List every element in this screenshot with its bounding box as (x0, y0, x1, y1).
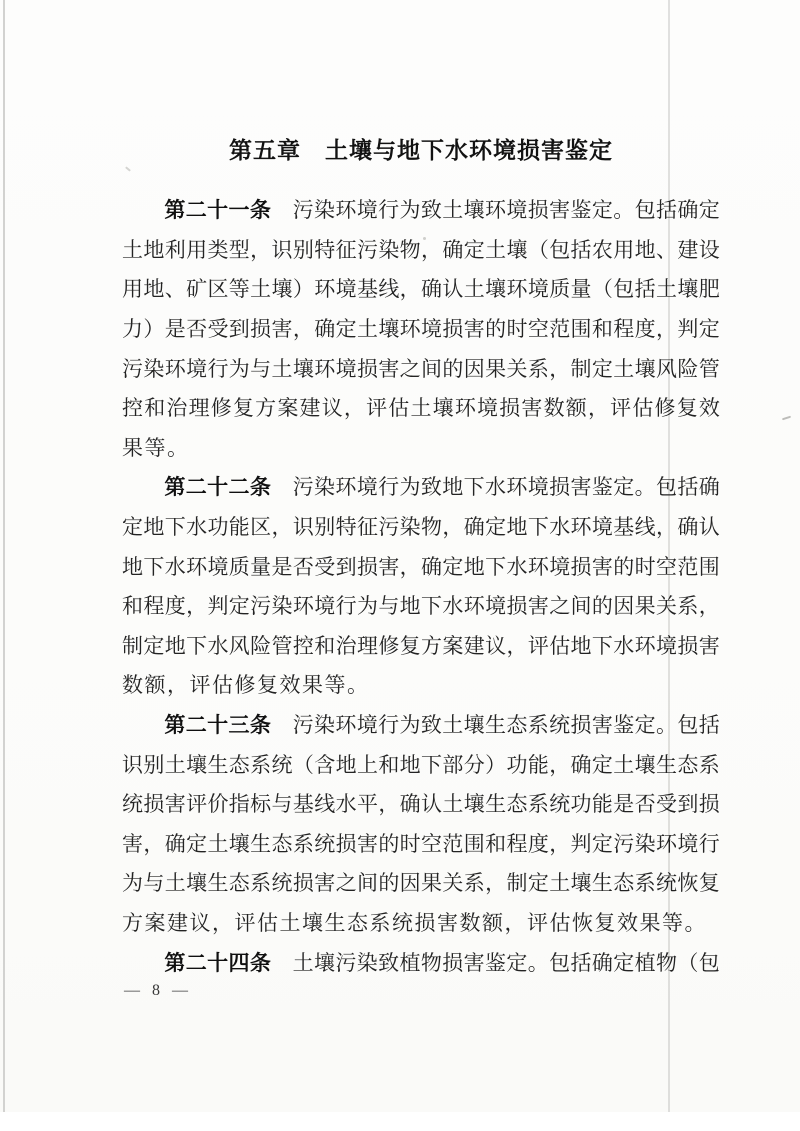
body-char: 水 (336, 794, 357, 815)
body-char: 时 (400, 834, 421, 855)
body-char: 下 (528, 517, 549, 538)
body-char: 恢 (677, 873, 698, 894)
body-char: 损 (571, 557, 592, 578)
body-char: 上 (357, 755, 378, 776)
body-char: 环 (293, 596, 314, 617)
body-char: 因 (464, 359, 485, 380)
body-char: 线 (635, 517, 656, 538)
body-char: 和 (485, 834, 506, 855)
body-char: 污 (335, 953, 356, 974)
body-char: 土 (485, 240, 506, 261)
body-char: 下 (464, 477, 485, 498)
body-char: 确 (699, 477, 720, 498)
body-char: 认 (442, 279, 463, 300)
body-char: 判 (207, 596, 228, 617)
body-char: 环 (571, 517, 592, 538)
body-char: 区 (250, 517, 271, 538)
body-char: 程 (506, 834, 527, 855)
article-number-char: 三 (229, 715, 250, 736)
body-char: 水 (165, 557, 186, 578)
body-char: 括 (656, 200, 677, 221)
body-char: 水 (506, 557, 527, 578)
body-char: ， (656, 517, 677, 538)
body-char: 害 (521, 398, 542, 419)
body-char: 风 (229, 636, 250, 657)
body-char: 是 (613, 794, 634, 815)
body-char: 确 (165, 834, 186, 855)
body-char: 和 (314, 636, 335, 657)
body-char: 染 (272, 596, 293, 617)
body-char: 境 (528, 279, 549, 300)
body-char: 生 (207, 755, 228, 776)
body-char: 环 (165, 359, 186, 380)
body-char: 定 (613, 953, 634, 974)
body-char: 判 (571, 834, 592, 855)
body-char: 。 (656, 715, 677, 736)
body-char: 包 (677, 715, 698, 736)
body-char: 境 (421, 319, 442, 340)
body-char: 污 (378, 517, 399, 538)
article-number-char: 二 (186, 715, 207, 736)
body-char: 境 (677, 834, 698, 855)
body-char: 境 (336, 279, 357, 300)
body-char: 的 (378, 873, 399, 894)
body-char: 壤 (485, 279, 506, 300)
body-char: 态 (677, 755, 698, 776)
body-char: 确 (571, 755, 592, 776)
body-char: 土 (165, 755, 186, 776)
document-page: 第五章 土壤与地下水环境损害鉴定 第二十一条 污染环境行为致土壤环境损害鉴定。包… (0, 0, 800, 1131)
body-char: 平 (357, 794, 378, 815)
body-char: 地 (336, 755, 357, 776)
body-char: 染 (143, 359, 164, 380)
body-char: ， (699, 596, 720, 617)
body-char: 壤 (635, 755, 656, 776)
body-char: 行 (207, 359, 228, 380)
body-char: 境 (485, 596, 506, 617)
body-char: 空 (656, 557, 677, 578)
body-char: 空 (528, 319, 549, 340)
body-char: 土 (357, 319, 378, 340)
body-char: 生 (325, 913, 346, 934)
text-line: 第二十四条 土壤污染致植物损害鉴定。包括确定植物（包 (122, 943, 720, 983)
body-char: 修 (378, 636, 399, 657)
body-char: 确 (421, 557, 442, 578)
body-char: 系 (699, 755, 720, 776)
body-char: 的 (378, 834, 399, 855)
ink-speck (782, 416, 791, 421)
body-char: 到 (336, 557, 357, 578)
body-char: 。 (635, 477, 656, 498)
body-char: 围 (699, 557, 720, 578)
body-char: 功 (506, 755, 527, 776)
article-number-char: 二 (186, 477, 207, 498)
body-char: 境 (357, 715, 378, 736)
body-char: 括 (571, 953, 592, 974)
body-char: 。 (167, 438, 188, 459)
body-char: 特 (336, 517, 357, 538)
body-char: 确 (421, 279, 442, 300)
body-char: 损 (143, 794, 164, 815)
body-char: 区 (207, 279, 228, 300)
text-line: 第二十一条 污染环境行为致土壤环境损害鉴定。包括确定 (122, 191, 720, 231)
body-char: ， (505, 913, 526, 934)
body-char: 地 (400, 596, 421, 617)
body-char: 力 (122, 319, 143, 340)
body-char: 系 (528, 715, 549, 736)
body-char: 物 (421, 953, 442, 974)
article-number-char (271, 200, 292, 221)
body-char: 壤 (464, 794, 485, 815)
body-char: 水 (485, 477, 506, 498)
body-char: 鉴 (592, 477, 613, 498)
body-char: 为 (357, 596, 378, 617)
body-char: 损 (357, 557, 378, 578)
body-char: 估 (212, 675, 233, 696)
body-char: 用 (613, 240, 634, 261)
body-char: 险 (677, 359, 698, 380)
body-char: 价 (207, 794, 228, 815)
paragraph-indent (122, 487, 164, 488)
body-char: 范 (677, 557, 698, 578)
article-number-char: 二 (186, 953, 207, 974)
body-char: 制 (122, 636, 143, 657)
body-char: 下 (165, 517, 186, 538)
body-char: 和 (378, 755, 399, 776)
body-char: 果 (122, 438, 143, 459)
body-char: 壤 (272, 279, 293, 300)
body-char: 环 (506, 477, 527, 498)
body-char: 致 (421, 200, 442, 221)
body-char: 恢 (572, 913, 593, 934)
body-char: 态 (506, 715, 527, 736)
body-char: 定 (229, 596, 250, 617)
body-char: 统 (122, 794, 143, 815)
body-char: ， (506, 636, 527, 657)
body-char: 系 (528, 359, 549, 380)
body-char: 定 (143, 636, 164, 657)
body-char: 损 (499, 398, 520, 419)
body-char: 险 (250, 636, 271, 657)
body-char: 包 (549, 240, 570, 261)
body-char: 壤 (186, 755, 207, 776)
body-char: 定 (635, 715, 656, 736)
body-char: 等 (145, 438, 166, 459)
article-number-char (271, 715, 292, 736)
article-number-char: 二 (186, 200, 207, 221)
body-char: 复 (595, 913, 616, 934)
body-char: 确 (442, 240, 463, 261)
body-char: 定 (699, 200, 720, 221)
body-char: 方 (122, 913, 143, 934)
body-char: 定 (528, 873, 549, 894)
body-char: 数 (122, 675, 143, 696)
article-number-char: 第 (164, 953, 185, 974)
body-char: 围 (464, 834, 485, 855)
body-char: 土 (165, 873, 186, 894)
body-char: 生 (485, 715, 506, 736)
body-char: 评 (528, 636, 549, 657)
body-char: 土 (272, 359, 293, 380)
body-char: 征 (357, 517, 378, 538)
body-char: 管 (699, 359, 720, 380)
body-char: 害 (272, 319, 293, 340)
body-char: 估 (550, 913, 571, 934)
body-char: 致 (378, 953, 399, 974)
body-char: 别 (314, 517, 335, 538)
body-char: 土 (207, 834, 228, 855)
body-char: 等 (229, 279, 250, 300)
body-char: 土 (656, 279, 677, 300)
body-char: 土 (442, 715, 463, 736)
body-char: 害 (592, 557, 613, 578)
body-char: ， (485, 873, 506, 894)
body-char: ， (272, 517, 293, 538)
body-char: 壤 (302, 913, 323, 934)
body-char: 管 (272, 636, 293, 657)
body-char: 议 (485, 636, 506, 657)
body-char: 壤 (378, 319, 399, 340)
body-char: 系 (370, 913, 391, 934)
body-char: 定 (442, 557, 463, 578)
body-char: 损 (528, 200, 549, 221)
body-char: 污 (250, 596, 271, 617)
body-char: 括 (699, 715, 720, 736)
body-char: 环 (485, 200, 506, 221)
body-char: 。 (685, 913, 706, 934)
body-char: 量 (250, 557, 271, 578)
body-char: 治 (336, 636, 357, 657)
body-char: 额 (566, 398, 587, 419)
body-char: ， (400, 557, 421, 578)
body-char: 果 (640, 913, 661, 934)
body-char: 额 (482, 913, 503, 934)
body-char: 统 (549, 794, 570, 815)
body-char: 能 (592, 794, 613, 815)
body-char: 复 (257, 675, 278, 696)
body-char: 评 (527, 913, 548, 934)
body-char: 壤 (571, 873, 592, 894)
body-char: 否 (635, 794, 656, 815)
body-char: 基 (357, 279, 378, 300)
body-char: ， (250, 240, 271, 261)
body-char: 质 (229, 557, 250, 578)
body-char: 治 (166, 398, 187, 419)
body-char: 害 (378, 359, 399, 380)
body-char: 生 (250, 834, 271, 855)
body-char: 议 (322, 398, 343, 419)
body-char: 复 (233, 398, 254, 419)
chapter-title: 第五章 土壤与地下水环境损害鉴定 (122, 128, 720, 168)
body-char: 功 (571, 794, 592, 815)
body-char: 环 (455, 398, 476, 419)
body-char: 害 (571, 477, 592, 498)
body-char: 控 (122, 398, 143, 419)
body-char: 能 (229, 517, 250, 538)
body-char: 方 (255, 398, 276, 419)
body-char: 理 (357, 636, 378, 657)
body-char: 系 (250, 755, 271, 776)
text-line: 数额，评估修复效果等。 (122, 666, 720, 706)
body-char: 害 (165, 794, 186, 815)
body-char: 地 (442, 477, 463, 498)
paragraph-indent (122, 210, 164, 211)
body-char: 建 (167, 913, 188, 934)
body-char: 识 (293, 517, 314, 538)
page-number: — 8 — (124, 982, 192, 1000)
body-char: 复 (699, 873, 720, 894)
body-char: 案 (145, 913, 166, 934)
body-char: 统 (314, 834, 335, 855)
body-char: 植 (400, 953, 421, 974)
body-char: 壤 (293, 359, 314, 380)
body-char: 系 (293, 834, 314, 855)
body-char: 的 (613, 557, 634, 578)
body-char: 程 (613, 319, 634, 340)
body-char: ， (212, 913, 233, 934)
body-char: ， (442, 517, 463, 538)
body-char: 是 (165, 319, 186, 340)
body-char: 、 (165, 279, 186, 300)
body-char: 损 (442, 319, 463, 340)
body-char: 地 (571, 636, 592, 657)
body-char: 。 (613, 200, 634, 221)
body-char: 修 (235, 675, 256, 696)
body-char: 鉴 (613, 715, 634, 736)
text-line: 污染环境行为与土壤环境损害之间的因果关系，制定土壤风险管 (122, 349, 720, 389)
body-char: 害 (357, 834, 378, 855)
body-char: 污 (293, 477, 314, 498)
body-char: 范 (549, 319, 570, 340)
body-char: ， (293, 319, 314, 340)
text-line: 果等。 (122, 429, 720, 469)
body-char: 态 (613, 873, 634, 894)
body-char: 受 (656, 794, 677, 815)
body-char: 度 (528, 834, 549, 855)
body-char: 数 (544, 398, 565, 419)
body-char: 利 (165, 240, 186, 261)
body-char: 型 (229, 240, 250, 261)
body-char: 关 (442, 873, 463, 894)
body-char: 损 (336, 834, 357, 855)
body-char: 包 (656, 477, 677, 498)
body-char: 行 (378, 477, 399, 498)
body-char: 鉴 (571, 200, 592, 221)
body-char: 功 (207, 517, 228, 538)
body-char: 染 (314, 200, 335, 221)
body-char: 包 (613, 279, 634, 300)
body-char: ， (549, 834, 570, 855)
body-char: 态 (229, 755, 250, 776)
body-char: 为 (400, 477, 421, 498)
body-char: 与 (272, 794, 293, 815)
body-char: 果 (302, 675, 323, 696)
body-char: 损 (357, 359, 378, 380)
body-char: 用 (122, 279, 143, 300)
body-char: 确 (592, 953, 613, 974)
text-line: 害，确定土壤生态系统损害的时空范围和程度，判定污染环境行 (122, 825, 720, 865)
body-char: 。 (347, 675, 368, 696)
body-char: 下 (485, 557, 506, 578)
body-char: 关 (656, 596, 677, 617)
body-char: 范 (442, 834, 463, 855)
body-char: 土 (442, 794, 463, 815)
body-char: 与 (378, 596, 399, 617)
body-char: 评 (235, 913, 256, 934)
body-char: 土 (250, 279, 271, 300)
body-char: 之 (549, 596, 570, 617)
body-char: 建 (677, 240, 698, 261)
body-char: 生 (207, 873, 228, 894)
scan-bottom-edge (0, 1112, 800, 1131)
body-char: （ (592, 279, 613, 300)
body-char: 下 (421, 596, 442, 617)
body-char: 建 (464, 636, 485, 657)
body-char: 下 (143, 557, 164, 578)
body-char: 之 (400, 359, 421, 380)
body-char: 害 (437, 913, 458, 934)
body-char: 统 (272, 873, 293, 894)
body-char: 污 (613, 834, 634, 855)
body-char: 是 (272, 557, 293, 578)
body-char: 地 (143, 279, 164, 300)
body-char: 复 (400, 636, 421, 657)
body-char: 和 (592, 319, 613, 340)
body-char: 能 (528, 755, 549, 776)
body-char: 境 (477, 398, 498, 419)
article-number-char: 十 (207, 477, 228, 498)
body-char: 壤 (464, 200, 485, 221)
text-line: 识别土壤生态系统（含地上和地下部分）功能，确定土壤生态系 (122, 745, 720, 785)
text-line: 和程度，判定污染环境行为与地下水环境损害之间的因果关系， (122, 587, 720, 627)
body-char: 等 (325, 675, 346, 696)
body-char: 物 (421, 517, 442, 538)
body-char: 为 (400, 200, 421, 221)
body-char: 害 (122, 834, 143, 855)
body-char: 量 (571, 279, 592, 300)
body-char: 环 (335, 477, 356, 498)
body-char: 估 (632, 398, 653, 419)
body-char: 为 (122, 873, 143, 894)
body-char: （ (293, 755, 314, 776)
body-char: 之 (336, 873, 357, 894)
body-char: 受 (314, 557, 335, 578)
article-number-char: 四 (229, 953, 250, 974)
body-char: 土 (549, 873, 570, 894)
body-char: ， (549, 359, 570, 380)
body-char: 确 (677, 200, 698, 221)
body-char: 态 (506, 794, 527, 815)
body-char: 损 (677, 636, 698, 657)
body-char: 定 (699, 319, 720, 340)
body-char: 污 (293, 200, 314, 221)
body-char: 害 (464, 953, 485, 974)
body-char: 的 (592, 596, 613, 617)
body-char: 壤 (464, 715, 485, 736)
body-char: 环 (314, 279, 335, 300)
body-char: 鉴 (485, 953, 506, 974)
body-char: 水 (207, 636, 228, 657)
body-char: 害 (699, 636, 720, 657)
body-char: 。 (528, 953, 549, 974)
article-number-char: 条 (250, 200, 271, 221)
body-char: 特 (314, 240, 335, 261)
body-char: 染 (314, 715, 335, 736)
body-char: 地 (165, 636, 186, 657)
body-char: 地 (143, 517, 164, 538)
body-char: 行 (378, 715, 399, 736)
body-char: 修 (211, 398, 232, 419)
